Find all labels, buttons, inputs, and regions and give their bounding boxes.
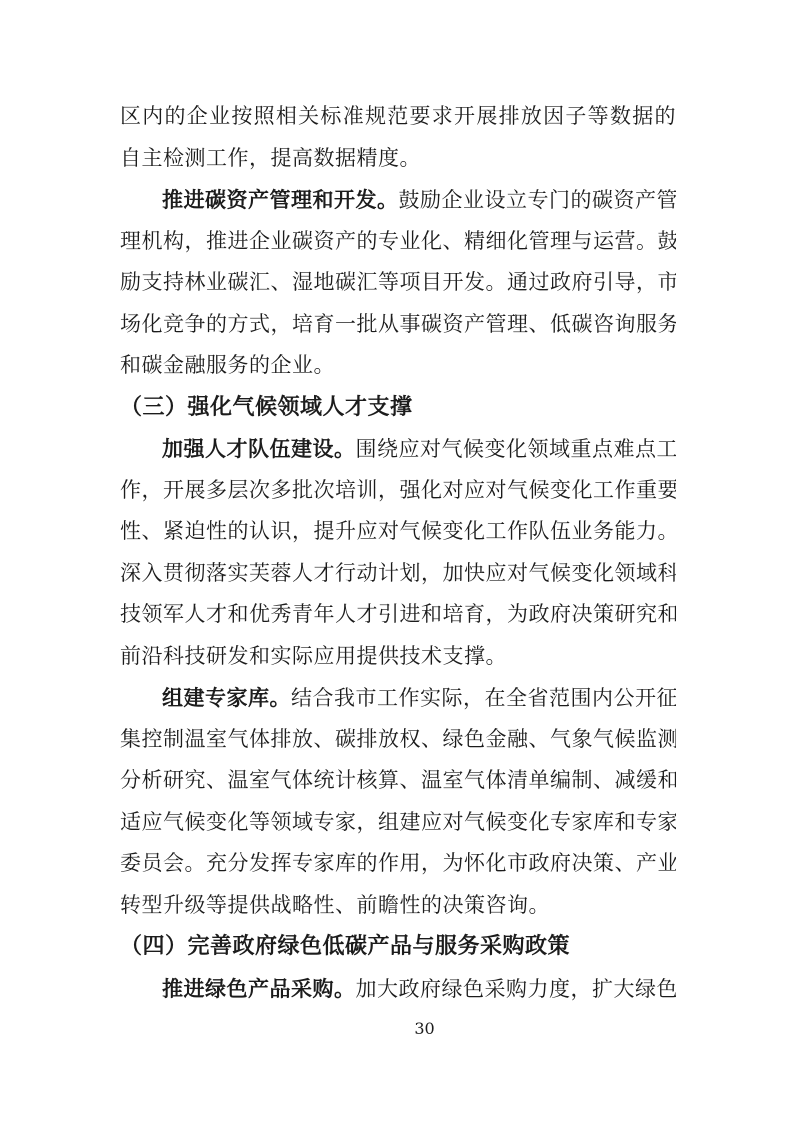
body-text-line: 组建专家库。结合我市工作实际，在全省范围内公开征 xyxy=(120,677,676,719)
section-heading: （三）强化气候领域人才支撑 xyxy=(120,387,676,429)
bold-lead-in: 组建专家库。 xyxy=(162,685,291,710)
body-text-line: 转型升级等提供战略性、前瞻性的决策咨询。 xyxy=(120,885,676,927)
document-text-block: 区内的企业按照相关标准规范要求开展排放因子等数据的自主检测工作，提高数据精度。推… xyxy=(120,96,676,1009)
body-text-line: 区内的企业按照相关标准规范要求开展排放因子等数据的 xyxy=(120,96,676,138)
body-text-line: 场化竞争的方式，培育一批从事碳资产管理、低碳咨询服务 xyxy=(120,304,676,346)
bold-lead-in: 推进碳资产管理和开发。 xyxy=(162,187,399,212)
body-text-line: 加强人才队伍建设。围绕应对气候变化领域重点难点工 xyxy=(120,428,676,470)
body-text-line: 性、紧迫性的认识，提升应对气候变化工作队伍业务能力。 xyxy=(120,511,676,553)
body-text-line: 自主检测工作，提高数据精度。 xyxy=(120,138,676,180)
body-text-line: 前沿科技研发和实际应用提供技术支撑。 xyxy=(120,636,676,678)
body-text-line: 委员会。充分发挥专家库的作用，为怀化市政府决策、产业 xyxy=(120,843,676,885)
body-text-line: 推进绿色产品采购。加大政府绿色采购力度，扩大绿色 xyxy=(120,968,676,1010)
body-text-line: 技领军人才和优秀青年人才引进和培育，为政府决策研究和 xyxy=(120,594,676,636)
bold-lead-in: 推进绿色产品采购。 xyxy=(162,976,356,1001)
body-text-line: 励支持林业碳汇、湿地碳汇等项目开发。通过政府引导，市 xyxy=(120,262,676,304)
body-text-line: 深入贯彻落实芙蓉人才行动计划，加快应对气候变化领域科 xyxy=(120,553,676,595)
section-heading: （四）完善政府绿色低碳产品与服务采购政策 xyxy=(120,926,676,968)
body-text-line: 适应气候变化等领域专家，组建应对气候变化专家库和专家 xyxy=(120,802,676,844)
body-text-line: 推进碳资产管理和开发。鼓励企业设立专门的碳资产管 xyxy=(120,179,676,221)
body-text-line: 作，开展多层次多批次培训，强化对应对气候变化工作重要 xyxy=(120,470,676,512)
body-text-line: 集控制温室气体排放、碳排放权、绿色金融、气象气候监测 xyxy=(120,719,676,761)
page-number: 30 xyxy=(28,1018,793,1040)
body-text-line: 分析研究、温室气体统计核算、温室气体清单编制、减缓和 xyxy=(120,760,676,802)
body-text-line: 理机构，推进企业碳资产的专业化、精细化管理与运营。鼓 xyxy=(120,221,676,263)
document-page: 区内的企业按照相关标准规范要求开展排放因子等数据的自主检测工作，提高数据精度。推… xyxy=(0,0,793,1122)
bold-lead-in: 加强人才队伍建设。 xyxy=(162,436,356,461)
body-text-line: 和碳金融服务的企业。 xyxy=(120,345,676,387)
